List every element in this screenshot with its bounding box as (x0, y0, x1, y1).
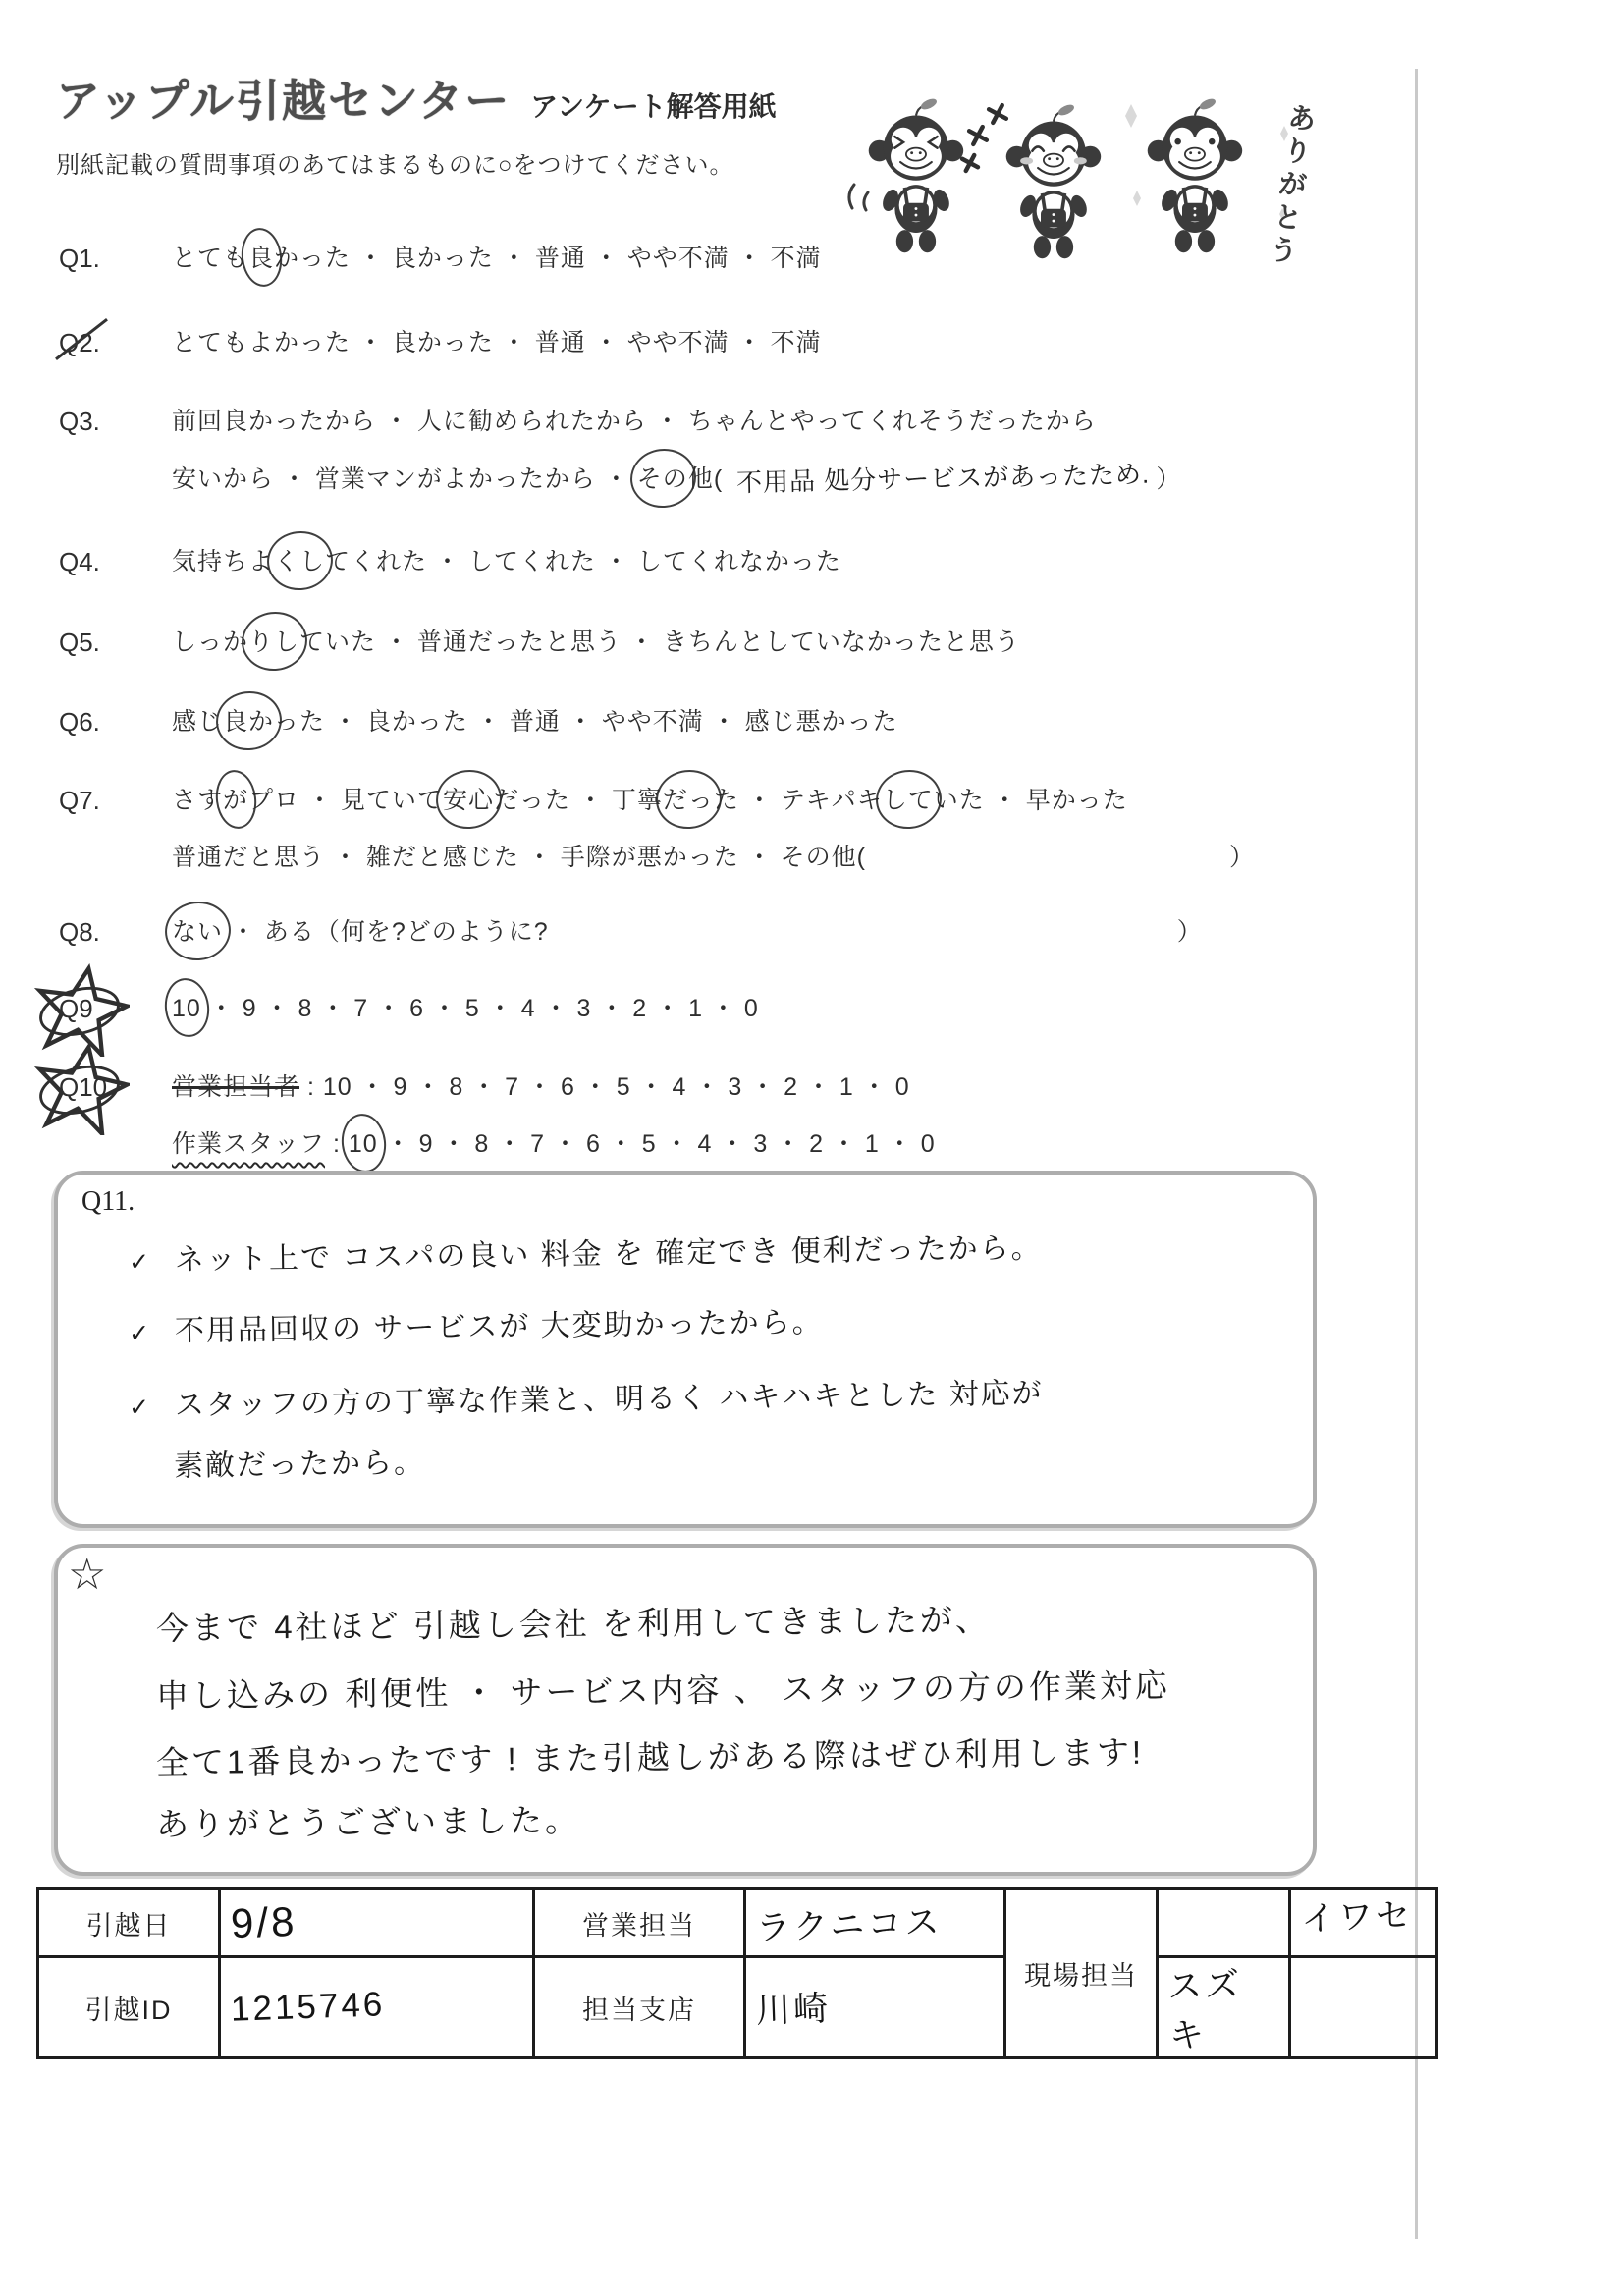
option-text: とてもよかった ・ 良かった ・ 普通 ・ やや不満 ・ 不満 (172, 329, 822, 356)
option-text: ） (1229, 844, 1255, 871)
question-q2: Q2.とてもよかった ・ 良かった ・ 普通 ・ やや不満 ・ 不満 (59, 314, 822, 371)
q11-answer-line: ✓不用品回収の サービスが 大変助かったから。 (129, 1297, 824, 1350)
monkey-mascot-3 (1148, 96, 1242, 252)
question-options: 営業担当者 : 10 ・ 9 ・ 8 ・ 7 ・ 6 ・ 5 ・ 4 ・ 3 ・… (172, 1059, 936, 1173)
question-option-line: さすがプロ ・ 見ていて安心だった ・ 丁寧だった ・ テキパキしていた ・ 早… (172, 772, 1255, 829)
circled-answer: 良 (248, 230, 274, 287)
question-option-line: 普通だと思う ・ 雑だと感じた ・ 手際が悪かった ・ その他(） (172, 829, 1255, 886)
q11-answer-text: 素敵だったから。 (174, 1447, 425, 1483)
check-icon: ✓ (129, 1248, 151, 1276)
question-option-line: とてもよかった ・ 良かった ・ 普通 ・ やや不満 ・ 不満 (172, 314, 822, 371)
comment-line: 今まで 4社ほど 引越し会社 を利用してきましたが、 (156, 1595, 991, 1650)
q11-answer-line: ✓スタッフの方の丁寧な作業と、明るく ハキハキとした 対応が (129, 1368, 1044, 1424)
site-staff-value: イワセ (1300, 1889, 1414, 1941)
branch-cell: 川崎 (745, 1957, 1005, 2058)
check-icon: ✓ (129, 1320, 151, 1347)
circled-answer: だっ (663, 772, 714, 829)
instruction-text: 別紙記載の質問事項のあてはまるものに○をつけてください。 (56, 145, 734, 180)
star-scribble-icon (33, 1041, 130, 1135)
star-icon: ☆ (68, 1550, 106, 1600)
check-icon: ✓ (129, 1394, 151, 1421)
question-label: Q7. (59, 772, 172, 829)
question-options: 感じ良かった ・ 良かった ・ 普通 ・ やや不満 ・ 感じ悪かった (172, 693, 898, 750)
q11-answer-text: スタッフの方の丁寧な作業と、明るく ハキハキとした 対応が (175, 1377, 1044, 1421)
question-q1: Q1.とても良かった ・ 良かった ・ 普通 ・ やや不満 ・ 不満 (59, 230, 822, 287)
option-text: いた ・ 早かった (934, 787, 1128, 814)
page-title: アップル引越センター (56, 65, 511, 129)
circled-answer: りし (248, 614, 299, 671)
option-text: プロ ・ 見ていて (248, 787, 443, 814)
question-option-line: しっかりしていた ・ 普通だったと思う ・ きちんとしていなかったと思う (172, 614, 1020, 671)
question-options: しっかりしていた ・ 普通だったと思う ・ きちんとしていなかったと思う (172, 614, 1020, 671)
site-staff-label: 現場担当 (1005, 1889, 1158, 2058)
question-q5: Q5.しっかりしていた ・ 普通だったと思う ・ きちんとしていなかったと思う (59, 614, 1020, 671)
question-q10: Q10営業担当者 : 10 ・ 9 ・ 8 ・ 7 ・ 6 ・ 5 ・ 4 ・ … (59, 1059, 936, 1173)
question-options: ない ・ ある（何を?どのように?） (172, 903, 1203, 960)
question-label: Q3. (59, 393, 172, 450)
question-q6: Q6.感じ良かった ・ 良かった ・ 普通 ・ やや不満 ・ 感じ悪かった (59, 693, 898, 750)
q11-label: Q11. (81, 1186, 135, 1218)
site-staff-cell (1158, 1889, 1290, 1957)
question-options: 前回良かったから ・ 人に勧められたから ・ ちゃんとやってくれそうだったから安… (172, 393, 1181, 507)
sales-rep-value: ラクニコス (755, 1895, 943, 1951)
question-option-line: ない ・ ある（何を?どのように?） (172, 903, 1203, 960)
q11-answer-box: Q11. ✓ネット上で コスパの良い 料金 を 確定でき 便利だったから。 ✓不… (54, 1171, 1317, 1528)
branch-value: 川崎 (755, 1982, 832, 2034)
circled-answer: して (883, 772, 934, 829)
question-option-line: 安いから ・ 営業マンがよかったから ・ その他(不用品 処分サービスがあったた… (172, 450, 1181, 507)
circled-answer: 10 (349, 1116, 378, 1173)
question-options: とてもよかった ・ 良かった ・ 普通 ・ やや不満 ・ 不満 (172, 314, 822, 371)
circled-answer: 10 (172, 980, 201, 1037)
question-label: Q6. (59, 693, 172, 750)
option-text: : 10 ・ 9 ・ 8 ・ 7 ・ 6 ・ 5 ・ 4 ・ 3 ・ 2 ・ 1… (299, 1073, 910, 1101)
option-text: 安いから ・ 営業マンがよかったから ・ (172, 465, 637, 493)
monkey-mascots-icon (846, 75, 1298, 276)
q11-answer-line: ✓ネット上で コスパの良い 料金 を 確定でき 便利だったから。 (129, 1224, 1043, 1280)
question-options: 気持ちよくしてくれた ・ してくれた ・ してくれなかった (172, 533, 841, 590)
question-option-line: とても良かった ・ 良かった ・ 普通 ・ やや不満 ・ 不満 (172, 230, 822, 287)
option-text: 作業スタッフ (172, 1130, 325, 1158)
question-option-line: 前回良かったから ・ 人に勧められたから ・ ちゃんとやってくれそうだったから (172, 393, 1181, 450)
move-id-value: 1215746 (230, 1985, 386, 2029)
circled-answer: が (223, 772, 248, 829)
move-date-cell: 9/8 (220, 1889, 534, 1957)
header: アップル引越センター アンケート解答用紙 (56, 65, 777, 129)
question-option-line: 感じ良かった ・ 良かった ・ 普通 ・ やや不満 ・ 感じ悪かった (172, 693, 898, 750)
question-label: Q1. (59, 230, 172, 287)
question-options: 10 ・ 9 ・ 8 ・ 7 ・ 6 ・ 5 ・ 4 ・ 3 ・ 2 ・ 1 ・… (172, 980, 759, 1037)
option-text: しっか (172, 629, 248, 656)
move-date-value: 9/8 (230, 1898, 298, 1947)
question-label: Q4. (59, 533, 172, 590)
option-text: った ・ 良かった ・ 普通 ・ やや不満 ・ 感じ悪かった (274, 708, 898, 736)
question-options: さすがプロ ・ 見ていて安心だった ・ 丁寧だった ・ テキパキしていた ・ 早… (172, 772, 1255, 886)
question-q9: Q910 ・ 9 ・ 8 ・ 7 ・ 6 ・ 5 ・ 4 ・ 3 ・ 2 ・ 1… (59, 980, 759, 1037)
q11-answer-text: ネット上で コスパの良い 料金 を 確定でき 便利だったから。 (175, 1232, 1043, 1277)
question-q8: Q8.ない ・ ある（何を?どのように?） (59, 903, 1203, 960)
site-staff-cell (1290, 1957, 1437, 2058)
move-date-label: 引越日 (38, 1889, 220, 1957)
option-text: だった ・ 丁寧 (494, 787, 663, 814)
question-options: とても良かった ・ 良かった ・ 普通 ・ やや不満 ・ 不満 (172, 230, 822, 287)
monkey-mascot-2 (1006, 102, 1101, 258)
handwritten-answer: 不用品 処分サービスがあったため. (736, 446, 1151, 512)
question-label: Q9 (59, 980, 172, 1037)
q11-answer-text: 不用品回収の サービスが 大変助かったから。 (175, 1306, 824, 1347)
question-q3: Q3.前回良かったから ・ 人に勧められたから ・ ちゃんとやってくれそうだった… (59, 393, 1181, 507)
circled-answer: その (637, 451, 688, 508)
move-id-label: 引越ID (38, 1957, 220, 2058)
move-id-cell: 1215746 (220, 1957, 534, 2058)
question-q7: Q7.さすがプロ ・ 見ていて安心だった ・ 丁寧だった ・ テキパキしていた … (59, 772, 1255, 886)
site-staff-value: スズキ (1166, 1957, 1279, 2058)
circled-answer: くし (274, 533, 325, 590)
option-text: 気持ちよ (172, 548, 274, 575)
question-label: Q2. (59, 314, 172, 371)
option-text: ） (1177, 918, 1203, 946)
circled-answer: 良か (223, 693, 274, 750)
footer-table: 引越日 9/8 営業担当 ラクニコス 現場担当 イワセ 引越ID 1215746… (36, 1887, 1438, 2059)
option-text: ・ ある（何を?どのように? (223, 918, 549, 946)
branch-label: 担当支店 (534, 1957, 745, 2058)
form-name: アンケート解答用紙 (530, 85, 776, 125)
option-text: 営業担当者 (172, 1073, 299, 1101)
option-text: た ・ テキパキ (714, 787, 883, 814)
question-label: Q5. (59, 614, 172, 671)
option-text: てくれた ・ してくれた ・ してくれなかった (325, 548, 841, 575)
comment-line: ありがとうございました。 (156, 1795, 580, 1846)
site-staff-cell: スズキ (1158, 1957, 1290, 2058)
question-label: Q8. (59, 903, 172, 960)
comment-box: ☆ 今まで 4社ほど 引越し会社 を利用してきましたが、 申し込みの 利便性 ・… (54, 1544, 1317, 1876)
option-text: ・ 9 ・ 8 ・ 7 ・ 6 ・ 5 ・ 4 ・ 3 ・ 2 ・ 1 ・ 0 (378, 1130, 936, 1158)
q11-answer-line: 素敵だったから。 (174, 1438, 426, 1485)
site-staff-cell: イワセ (1290, 1889, 1437, 1957)
circled-answer: ない (172, 903, 223, 960)
survey-page: アップル引越センター アンケート解答用紙 別紙記載の質問事項のあてはまるものに○… (0, 0, 1623, 2296)
sales-rep-label: 営業担当 (534, 1889, 745, 1957)
option-text: ・ 9 ・ 8 ・ 7 ・ 6 ・ 5 ・ 4 ・ 3 ・ 2 ・ 1 ・ 0 (201, 995, 759, 1022)
table-row: 引越日 9/8 営業担当 ラクニコス 現場担当 イワセ (38, 1889, 1437, 1957)
question-option-line: 営業担当者 : 10 ・ 9 ・ 8 ・ 7 ・ 6 ・ 5 ・ 4 ・ 3 ・… (172, 1059, 936, 1116)
comment-line: 申し込みの 利便性 ・ サービス内容 、 スタッフの方の作業対応 (156, 1661, 1170, 1718)
sales-rep-cell: ラクニコス (745, 1889, 1005, 1957)
table-row: 引越ID 1215746 担当支店 川崎 スズキ (38, 1957, 1437, 2058)
question-option-line: 作業スタッフ : 10 ・ 9 ・ 8 ・ 7 ・ 6 ・ 5 ・ 4 ・ 3 … (172, 1116, 936, 1173)
circled-answer: 安心 (443, 772, 494, 829)
option-text: とても (172, 245, 248, 272)
option-text: 普通だと思う ・ 雑だと感じた ・ 手際が悪かった ・ その他( (172, 844, 866, 871)
option-text: 前回良かったから ・ 人に勧められたから ・ ちゃんとやってくれそうだったから (172, 408, 1097, 435)
question-q4: Q4.気持ちよくしてくれた ・ してくれた ・ してくれなかった (59, 533, 841, 590)
motion-lines-icon (849, 185, 868, 210)
question-label: Q10 (59, 1059, 172, 1116)
monkey-mascot-1 (869, 96, 963, 252)
option-text: ていた ・ 普通だったと思う ・ きちんとしていなかったと思う (299, 629, 1020, 656)
plus-marks-icon (958, 100, 1011, 175)
question-option-line: 気持ちよくしてくれた ・ してくれた ・ してくれなかった (172, 533, 841, 590)
option-text: ） (1156, 465, 1181, 493)
option-text: かった ・ 良かった ・ 普通 ・ やや不満 ・ 不満 (274, 245, 822, 272)
comment-line: 全て1番良かったです ! また引越しがある際はぜひ利用します! (156, 1727, 1144, 1784)
question-option-line: 10 ・ 9 ・ 8 ・ 7 ・ 6 ・ 5 ・ 4 ・ 3 ・ 2 ・ 1 ・… (172, 980, 759, 1037)
